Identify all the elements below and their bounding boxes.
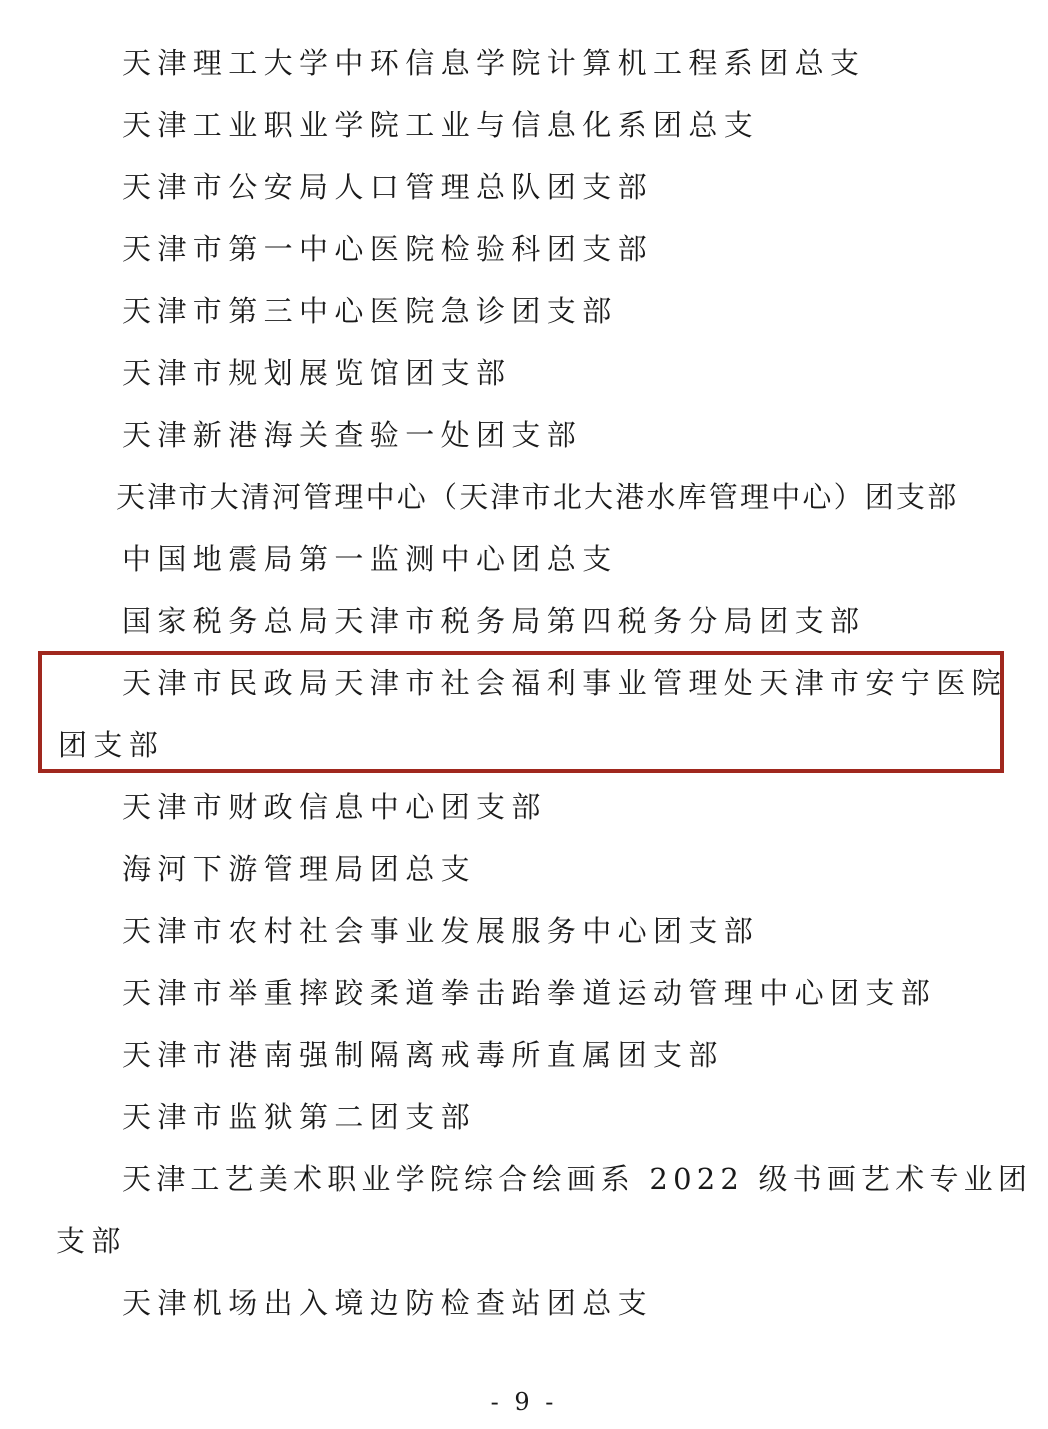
- list-item: 天津市第一中心医院检验科团支部: [122, 229, 653, 269]
- highlighted-list-item-continuation: 团支部: [58, 725, 164, 765]
- list-item: 天津市第三中心医院急诊团支部: [122, 291, 618, 331]
- list-item: 天津新港海关查验一处团支部: [122, 415, 582, 455]
- list-item: 天津市港南强制隔离戒毒所直属团支部: [122, 1035, 724, 1075]
- list-item: 中国地震局第一监测中心团总支: [122, 539, 618, 579]
- list-item: 天津市农村社会事业发展服务中心团支部: [122, 911, 759, 951]
- list-item-continuation: 支部: [56, 1221, 127, 1261]
- list-item: 天津工艺美术职业学院综合绘画系 2022 级书画艺术专业团: [122, 1159, 1032, 1199]
- list-item: 海河下游管理局团总支: [122, 849, 476, 889]
- list-item: 天津市监狱第二团支部: [122, 1097, 476, 1137]
- list-item: 天津市规划展览馆团支部: [122, 353, 511, 393]
- list-item: 天津市大清河管理中心（天津市北大港水库管理中心）团支部: [116, 477, 958, 517]
- list-item: 天津工业职业学院工业与信息化系团总支: [122, 105, 759, 145]
- list-item: 天津市财政信息中心团支部: [122, 787, 547, 827]
- list-item: 国家税务总局天津市税务局第四税务分局团支部: [122, 601, 865, 641]
- list-item: 天津理工大学中环信息学院计算机工程系团总支: [122, 43, 865, 83]
- list-item: 天津市公安局人口管理总队团支部: [122, 167, 653, 207]
- page-number: - 9 -: [0, 1388, 1048, 1416]
- list-item: 天津市举重摔跤柔道拳击跆拳道运动管理中心团支部: [122, 973, 936, 1013]
- highlighted-list-item: 天津市民政局天津市社会福利事业管理处天津市安宁医院: [122, 663, 1007, 703]
- list-item: 天津机场出入境边防检查站团总支: [122, 1283, 653, 1323]
